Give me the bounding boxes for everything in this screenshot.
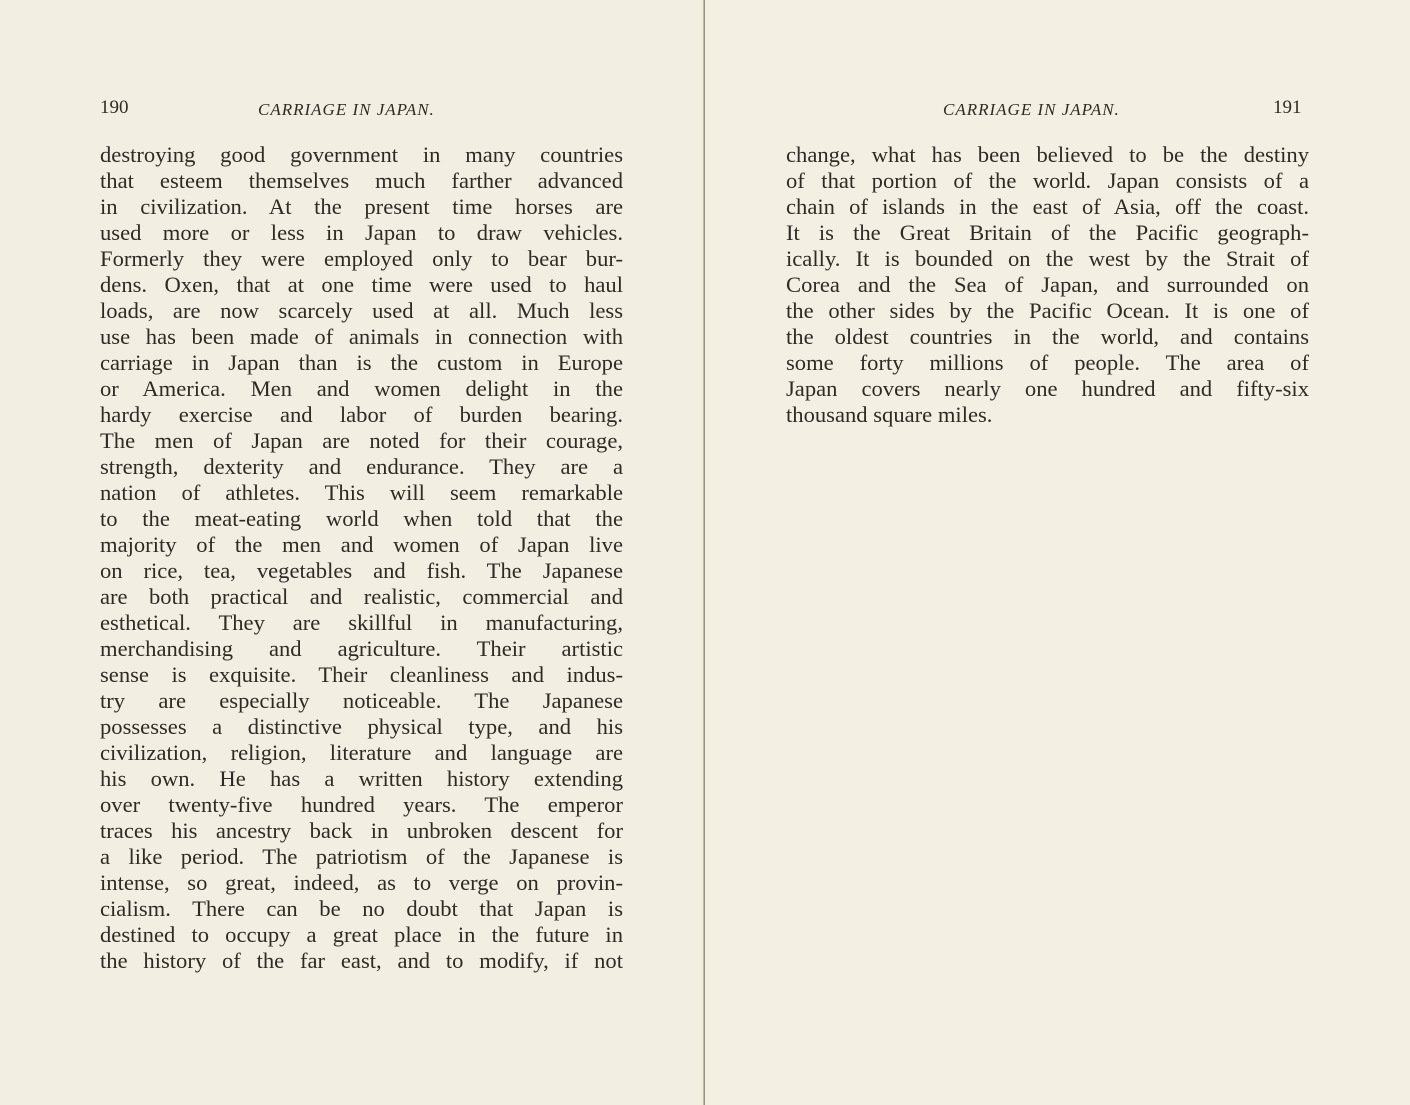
text-line: try are especially noticeable. The Japan… (100, 688, 623, 714)
text-line: merchandising and agriculture. Their art… (100, 636, 623, 662)
text-line: intense, so great, indeed, as to verge o… (100, 870, 623, 896)
text-line: hardy exercise and labor of burden beari… (100, 402, 623, 428)
text-line: ically. It is bounded on the west by the… (786, 246, 1309, 272)
text-line: nation of athletes. This will seem remar… (100, 480, 623, 506)
text-line: sense is exquisite. Their cleanliness an… (100, 662, 623, 688)
text-line: dens. Oxen, that at one time were used t… (100, 272, 623, 298)
page-number: 191 (1273, 97, 1302, 119)
text-line: destined to occupy a great place in the … (100, 922, 623, 948)
running-head: CARRIAGE IN JAPAN. (943, 100, 1120, 120)
text-line: a like period. The patriotism of the Jap… (100, 844, 623, 870)
text-line: Japan covers nearly one hundred and fift… (786, 376, 1309, 402)
text-line: majority of the men and women of Japan l… (100, 532, 623, 558)
text-line: his own. He has a written history extend… (100, 766, 623, 792)
text-line: destroying good government in many count… (100, 142, 623, 168)
text-line: possesses a distinctive physical type, a… (100, 714, 623, 740)
text-line: civilization, religion, literature and l… (100, 740, 623, 766)
text-line: use has been made of animals in connecti… (100, 324, 623, 350)
running-head: CARRIAGE IN JAPAN. (258, 100, 435, 120)
text-line: change, what has been believed to be the… (786, 142, 1309, 168)
text-line: The men of Japan are noted for their cou… (100, 428, 623, 454)
text-line: on rice, tea, vegetables and fish. The J… (100, 558, 623, 584)
text-line: Formerly they were employed only to bear… (100, 246, 623, 272)
text-line: to the meat-eating world when told that … (100, 506, 623, 532)
left-page: 190 CARRIAGE IN JAPAN. destroying good g… (0, 0, 705, 1105)
text-line: the other sides by the Pacific Ocean. It… (786, 298, 1309, 324)
text-line: are both practical and realistic, commer… (100, 584, 623, 610)
text-line: that esteem themselves much farther adva… (100, 168, 623, 194)
text-line: cialism. There can be no doubt that Japa… (100, 896, 623, 922)
text-line: thousand square miles. (786, 402, 1309, 428)
text-line: It is the Great Britain of the Pacific g… (786, 220, 1309, 246)
text-line: chain of islands in the east of Asia, of… (786, 194, 1309, 220)
text-line: the oldest countries in the world, and c… (786, 324, 1309, 350)
text-line: carriage in Japan than is the custom in … (100, 350, 623, 376)
page-number: 190 (100, 97, 129, 119)
text-line: some forty millions of people. The area … (786, 350, 1309, 376)
text-line: Corea and the Sea of Japan, and surround… (786, 272, 1309, 298)
page-body-text: destroying good government in many count… (100, 142, 623, 974)
text-line: used more or less in Japan to draw vehic… (100, 220, 623, 246)
page-body-text: change, what has been believed to be the… (786, 142, 1309, 428)
text-line: strength, dexterity and endurance. They … (100, 454, 623, 480)
text-line: or America. Men and women delight in the (100, 376, 623, 402)
right-page: CARRIAGE IN JAPAN. 191 change, what has … (705, 0, 1410, 1105)
text-line: loads, are now scarcely used at all. Muc… (100, 298, 623, 324)
text-line: in civilization. At the present time hor… (100, 194, 623, 220)
text-line: the history of the far east, and to modi… (100, 948, 623, 974)
text-line: esthetical. They are skillful in manufac… (100, 610, 623, 636)
text-line: over twenty-five hundred years. The empe… (100, 792, 623, 818)
text-line: of that portion of the world. Japan cons… (786, 168, 1309, 194)
text-line: traces his ancestry back in unbroken des… (100, 818, 623, 844)
